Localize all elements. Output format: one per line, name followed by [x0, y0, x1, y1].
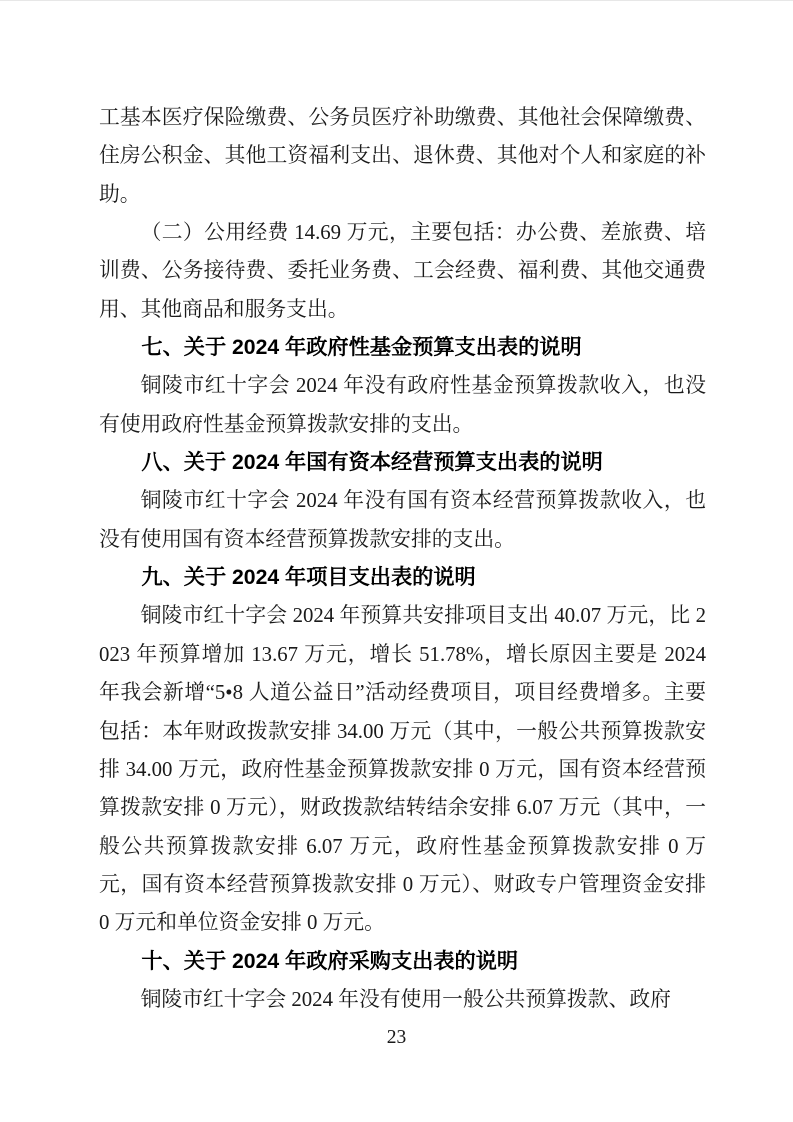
- paragraph-government-procurement: 铜陵市红十字会 2024 年没有使用一般公共预算拨款、政府: [99, 981, 706, 1019]
- section-heading-7-government-fund-budget: 七、关于 2024 年政府性基金预算支出表的说明: [99, 329, 706, 367]
- paragraph-state-capital-budget: 铜陵市红十字会 2024 年没有国有资本经营预算拨款收入，也没有使用国有资本经营…: [99, 482, 706, 559]
- paragraph-public-expense: （二）公用经费 14.69 万元，主要包括：办公费、差旅费、培训费、公务接待费、…: [99, 214, 706, 329]
- page-content: 工基本医疗保险缴费、公务员医疗补助缴费、其他社会保障缴费、住房公积金、其他工资福…: [99, 99, 706, 1019]
- paragraph-government-fund-budget: 铜陵市红十字会 2024 年没有政府性基金预算拨款收入，也没有使用政府性基金预算…: [99, 367, 706, 444]
- page-number: 23: [0, 1024, 793, 1052]
- paragraph-project-expenditure: 铜陵市红十字会 2024 年预算共安排项目支出 40.07 万元，比 2023 …: [99, 597, 706, 942]
- paragraph-personnel-expense-continuation: 工基本医疗保险缴费、公务员医疗补助缴费、其他社会保障缴费、住房公积金、其他工资福…: [99, 99, 706, 214]
- section-heading-9-project-expenditure: 九、关于 2024 年项目支出表的说明: [99, 559, 706, 597]
- section-heading-8-state-capital-budget: 八、关于 2024 年国有资本经营预算支出表的说明: [99, 444, 706, 482]
- document-page: 工基本医疗保险缴费、公务员医疗补助缴费、其他社会保障缴费、住房公积金、其他工资福…: [0, 0, 793, 1122]
- section-heading-10-government-procurement: 十、关于 2024 年政府采购支出表的说明: [99, 943, 706, 981]
